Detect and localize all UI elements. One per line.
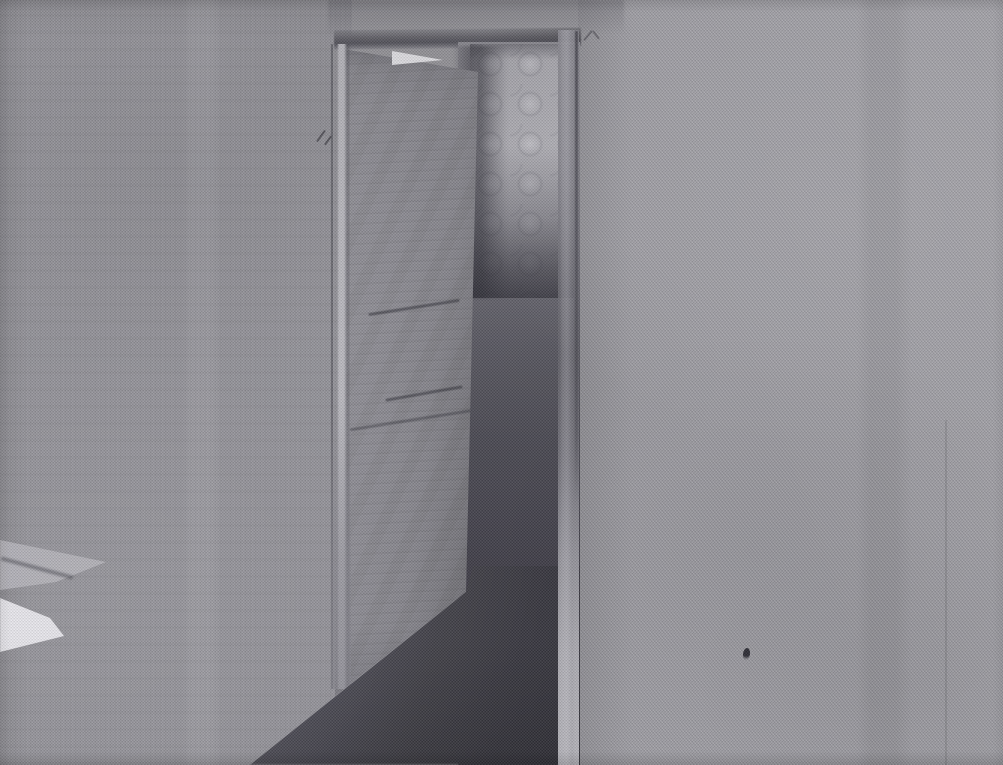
door-scratch-mark	[368, 299, 459, 316]
halftone-room-photograph	[0, 0, 1003, 765]
door-scratch-mark	[350, 408, 481, 432]
door-scratch-mark	[385, 385, 462, 401]
left-wall	[0, 0, 352, 765]
door-frame-right-seam	[575, 31, 578, 501]
right-wall	[578, 0, 1003, 765]
wall-faint-seam	[945, 420, 947, 765]
door-frame-left-jamb	[331, 44, 351, 689]
